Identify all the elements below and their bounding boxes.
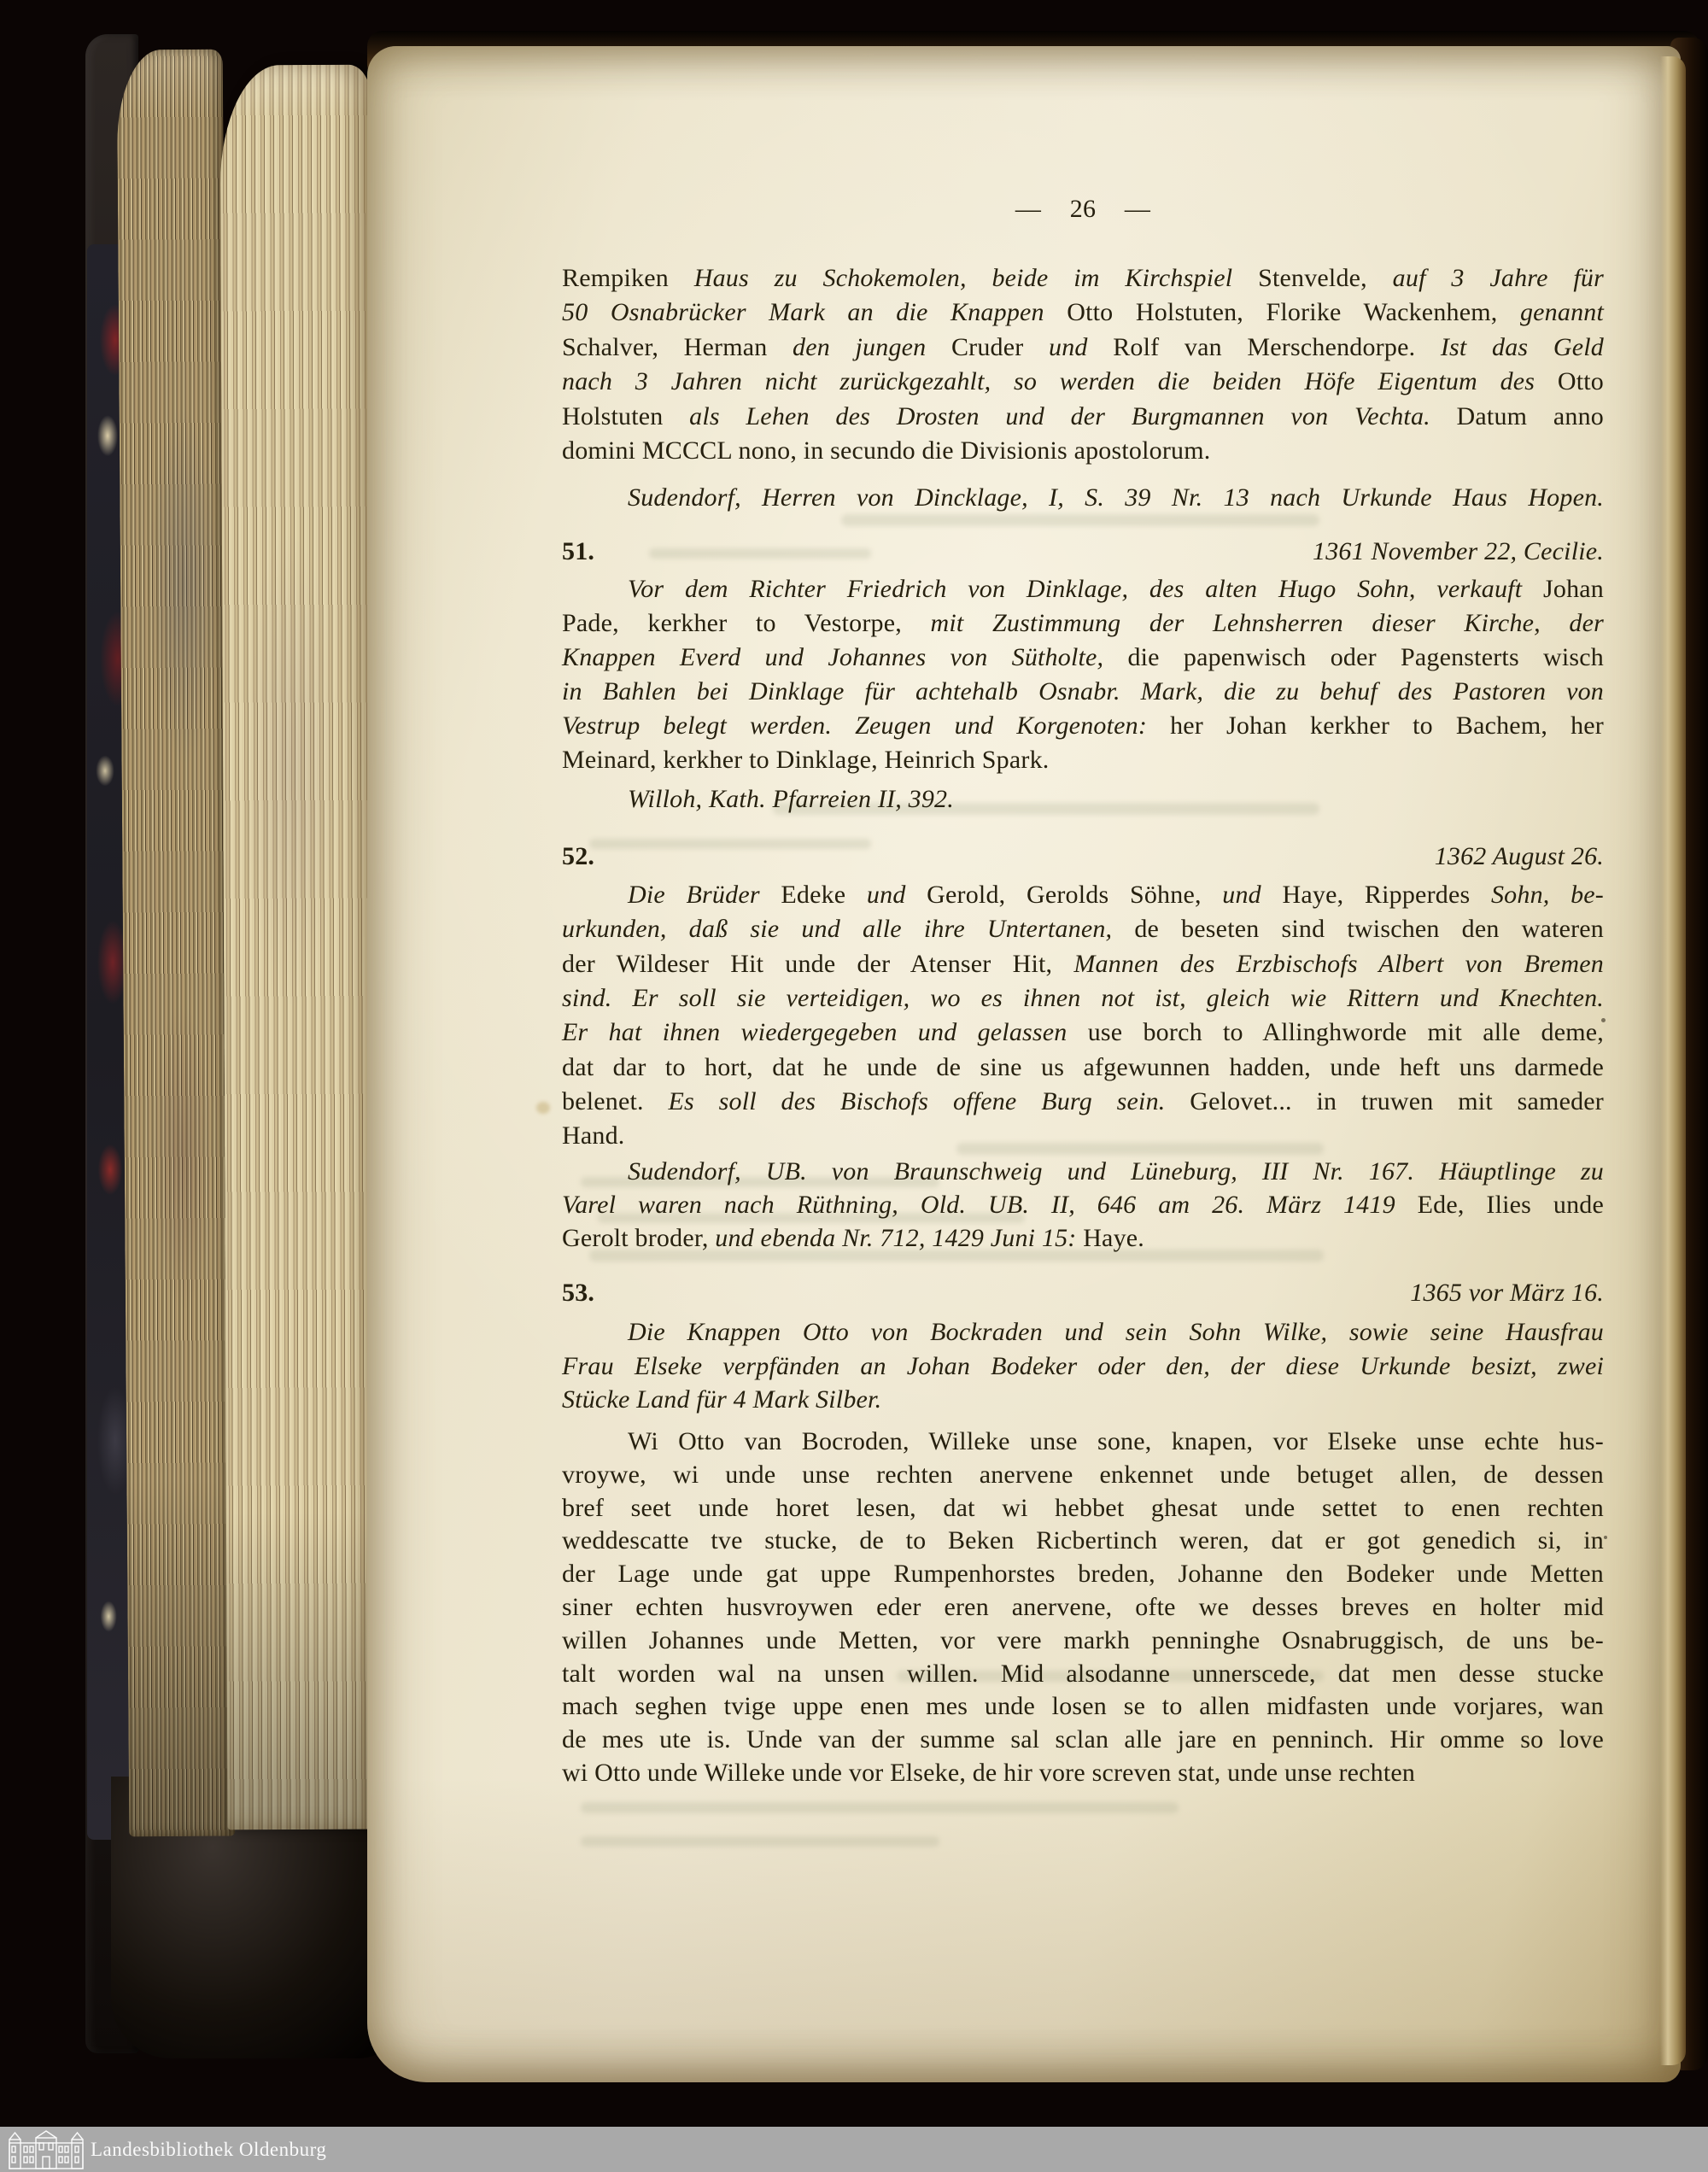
text-line: wi Otto unde Willeke unde vor Elseke, de… [562, 1756, 1604, 1790]
text-line: der Lage unde gat uppe Rumpenhorstes bre… [562, 1557, 1604, 1591]
text-line: Gerolt broder, und ebenda Nr. 712, 1429 … [562, 1221, 1604, 1256]
entry-number: 52. [562, 840, 594, 874]
text-line: Sudendorf, Herren von Dincklage, I, S. 3… [562, 481, 1604, 515]
text-line: Die Knappen Otto von Bockraden und sein … [562, 1315, 1604, 1349]
text-line: Meinard, kerkher to Dinklage, Heinrich S… [562, 743, 1604, 777]
text-line: urkunden, daß sie und alle ihre Untertan… [562, 912, 1604, 946]
text-line: weddescatte tve stucke, de to Beken Ricb… [562, 1524, 1604, 1558]
text-line: Die Brüder Edeke und Gerold, Gerolds Söh… [562, 878, 1604, 912]
entry-date: 1362 August 26. [1435, 840, 1604, 874]
text-line: Stücke Land für 4 Mark Silber. [562, 1383, 1604, 1417]
page-number: — 26 — [562, 192, 1604, 226]
text-line: mach seghen tvige uppe enen mes unde los… [562, 1689, 1604, 1724]
text-line: belenet. Es soll des Bischofs offene Bur… [562, 1085, 1604, 1119]
page-text: — 26 — Rempiken Haus zu Schokemolen, bei… [562, 0, 1604, 2172]
text-line: nach 3 Jahren nicht zurückgezahlt, so we… [562, 365, 1604, 399]
page-fore-edge-right [1660, 56, 1686, 2065]
text-line: Vor dem Richter Friedrich von Dinklage, … [562, 572, 1604, 606]
text-line: Willoh, Kath. Pfarreien II, 392. [562, 782, 1604, 817]
text-line: vroywe, wi unde unse rechten anervene en… [562, 1458, 1604, 1492]
text-line: in Bahlen bei Dinklage für achtehalb Osn… [562, 675, 1604, 709]
text-line: Varel waren nach Rüthning, Old. UB. II, … [562, 1188, 1604, 1222]
text-line: willen Johannes unde Metten, vor vere ma… [562, 1624, 1604, 1658]
text-line: Frau Elseke verpfänden an Johan Bodeker … [562, 1349, 1604, 1384]
entry-date: 1365 vor März 16. [1410, 1276, 1604, 1310]
entry-header: 52.1362 August 26. [562, 840, 1604, 874]
text-line: Vestrup belegt werden. Zeugen und Korgen… [562, 709, 1604, 743]
text-line: bref seet unde horet lesen, dat wi hebbe… [562, 1491, 1604, 1525]
paper-stain [536, 1102, 550, 1114]
text-line: dat dar to hort, dat he unde de sine us … [562, 1051, 1604, 1085]
text-line: Wi Otto van Bocroden, Willeke unse sone,… [562, 1425, 1604, 1459]
library-building-icon [7, 2128, 85, 2171]
text-line: Schalver, Herman den jungen Cruder und R… [562, 331, 1604, 365]
entry-header: 53.1365 vor März 16. [562, 1276, 1604, 1310]
text-line: der Wildeser Hit unde der Atenser Hit, M… [562, 947, 1604, 981]
entry-date: 1361 November 22, Cecilie. [1313, 535, 1604, 569]
entry-header: 51.1361 November 22, Cecilie. [562, 535, 1604, 569]
text-line: Pade, kerkher to Vestorpe, mit Zustimmun… [562, 606, 1604, 641]
text-line: Holstuten als Lehen des Drosten und der … [562, 400, 1604, 434]
text-line: domini MCCCL nono, in secundo die Divisi… [562, 434, 1604, 468]
ink-speck [1604, 1536, 1607, 1539]
entry-number: 51. [562, 535, 594, 569]
entry-number: 53. [562, 1276, 594, 1310]
text-line: Rempiken Haus zu Schokemolen, beide im K… [562, 261, 1604, 296]
text-line: de mes ute is. Unde van der summe sal sc… [562, 1723, 1604, 1757]
footer-library-name: Landesbibliothek Oldenburg [91, 2127, 326, 2172]
text-line: Hand. [562, 1119, 1604, 1153]
text-line: talt worden wal na unsen willen. Mid als… [562, 1657, 1604, 1691]
page-edges-stack-inner [219, 65, 377, 1830]
text-line: Knappen Everd und Johannes von Sütholte,… [562, 641, 1604, 675]
text-line: sind. Er soll sie verteidigen, wo es ihn… [562, 981, 1604, 1016]
page-edges-stack-outer [117, 50, 236, 1837]
text-line: siner echten husvroywen eder eren anerve… [562, 1590, 1604, 1625]
text-line: Er hat ihnen wiedergegeben und gelassen … [562, 1016, 1604, 1050]
text-line: Sudendorf, UB. von Braunschweig und Lüne… [562, 1155, 1604, 1189]
text-line: 50 Osnabrücker Mark an die Knappen Otto … [562, 296, 1604, 330]
